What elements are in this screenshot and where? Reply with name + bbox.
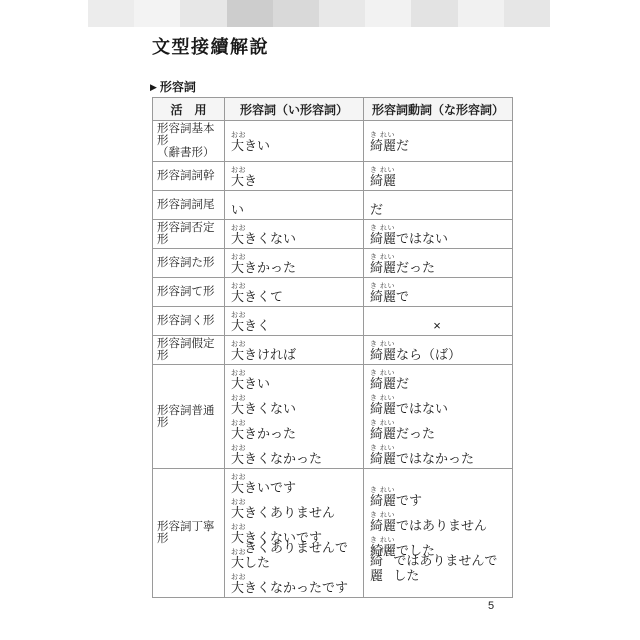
cell-line: い	[231, 192, 361, 217]
furigana: き れい	[370, 167, 395, 174]
table-row: 形容詞た形おお大きかったき れい綺麗だった	[153, 249, 513, 278]
row-label-line: 形容詞た形	[157, 257, 222, 269]
band-square	[504, 0, 550, 27]
ruby-base: おお大	[231, 505, 244, 520]
conjugation-table-body: 形容詞基本形（辭書形）おお大きいき れい綺麗だ形容詞詞幹おお大きき れい綺麗形容…	[153, 121, 513, 598]
ruby-base: おお大	[231, 173, 244, 188]
furigana: き れい	[370, 537, 395, 544]
cell-line: おお大きくなかった	[231, 441, 361, 466]
furigana: おお	[231, 132, 246, 139]
ruby-base: おお大	[231, 138, 244, 153]
triangle-marker-icon: ▶	[150, 81, 157, 93]
i-adjective-cell: おお大きく	[225, 307, 364, 336]
furigana: おお	[231, 524, 246, 531]
ruby-base: おお大	[231, 555, 244, 570]
cell-line: ×	[370, 308, 510, 333]
table-row: 形容詞假定形おお大きければき れい綺麗なら（ば）	[153, 336, 513, 365]
na-adjective-cell: き れい綺麗で	[364, 278, 513, 307]
furigana: おお	[231, 225, 246, 232]
i-adjective-cell: おお大きくない	[225, 220, 364, 249]
na-adjective-cell: き れい綺麗だき れい綺麗ではないき れい綺麗だったき れい綺麗ではなかった	[364, 365, 513, 469]
band-square	[365, 0, 411, 27]
furigana: き れい	[370, 395, 395, 402]
ruby-base: き れい綺麗	[370, 493, 396, 508]
ruby-base: おお大	[231, 376, 244, 391]
cell-line: おお大きくなかったです	[231, 570, 361, 595]
cell-line: おお大きいです	[231, 470, 361, 495]
band-square	[273, 0, 319, 27]
cell-line: おお大き	[231, 163, 361, 188]
table-row: 形容詞普通形おお大きいおお大きくないおお大きかったおお大きくなかったき れい綺麗…	[153, 365, 513, 469]
page-number: 5	[488, 600, 494, 612]
cell-line: き れい綺麗	[370, 163, 510, 188]
furigana: き れい	[370, 283, 395, 290]
table-header-row: 活 用形容詞（い形容詞）形容詞動詞（な形容詞）	[153, 98, 513, 121]
ruby-base: き れい綺麗	[370, 376, 396, 391]
row-label-cell: 形容詞詞幹	[153, 162, 225, 191]
i-adjective-cell: おお大き	[225, 162, 364, 191]
band-square	[411, 0, 457, 27]
band-square	[180, 0, 226, 27]
cell-line: おお大きい	[231, 366, 361, 391]
cell-line: おお大きくて	[231, 279, 361, 304]
row-label-cell: 形容詞丁寧形	[153, 469, 225, 598]
ruby-base: き れい綺麗	[370, 347, 396, 362]
cell-line: き れい綺麗だった	[370, 250, 510, 275]
cell-line: き れい綺麗ではありませんでした	[370, 558, 510, 583]
i-adjective-cell: おお大きかった	[225, 249, 364, 278]
i-adjective-cell: おお大きければ	[225, 336, 364, 365]
cell-line: おお大きくありません	[231, 495, 361, 520]
column-header: 形容詞動詞（な形容詞）	[364, 98, 513, 121]
ruby-base: き れい綺麗	[370, 553, 393, 583]
table-row: 形容詞否定形おお大きくないき れい綺麗ではない	[153, 220, 513, 249]
na-adjective-cell: き れい綺麗ではない	[364, 220, 513, 249]
cell-line: おお大きい	[231, 128, 361, 153]
column-header: 形容詞（い形容詞）	[225, 98, 364, 121]
furigana: き れい	[370, 512, 395, 519]
page-title: 文型接續解說	[152, 33, 269, 59]
ruby-base: き れい綺麗	[370, 173, 396, 188]
row-label-line: 形容詞詞尾	[157, 199, 222, 211]
furigana: おお	[231, 474, 246, 481]
na-adjective-cell: き れい綺麗なら（ば）	[364, 336, 513, 365]
cell-line: き れい綺麗ではない	[370, 391, 510, 416]
cell-line: き れい綺麗です	[370, 483, 510, 508]
ruby-base: き れい綺麗	[370, 138, 396, 153]
i-adjective-cell: おお大きいですおお大きくありませんおお大きくないですおお大きくありませんでしたお…	[225, 469, 364, 598]
ruby-base: おお大	[231, 289, 244, 304]
band-square	[458, 0, 504, 27]
ruby-base: き れい綺麗	[370, 401, 396, 416]
i-adjective-cell: おお大きいおお大きくないおお大きかったおお大きくなかった	[225, 365, 364, 469]
row-label-line: 形容詞丁寧形	[157, 521, 222, 545]
cell-line: おお大きく	[231, 308, 361, 333]
cell-line: おお大きくない	[231, 391, 361, 416]
cell-line: き れい綺麗だった	[370, 416, 510, 441]
na-adjective-cell: ×	[364, 307, 513, 336]
furigana: き れい	[370, 370, 395, 377]
column-header: 活 用	[153, 98, 225, 121]
cell-line: き れい綺麗ではない	[370, 221, 510, 246]
cell-line: おお大きくありませんでした	[231, 545, 361, 570]
row-label-line: 形容詞詞幹	[157, 170, 222, 182]
cell-line: おお大きければ	[231, 337, 361, 362]
furigana: おお	[231, 574, 246, 581]
ruby-base: き れい綺麗	[370, 518, 396, 533]
na-adjective-cell: き れい綺麗だ	[364, 121, 513, 162]
table-row: 形容詞く形おお大きく×	[153, 307, 513, 336]
cell-line: だ	[370, 192, 510, 217]
ruby-base: おお大	[231, 260, 244, 275]
ruby-base: おお大	[231, 231, 244, 246]
furigana: き れい	[370, 225, 395, 232]
row-label-cell: 形容詞普通形	[153, 365, 225, 469]
row-label-line: 形容詞否定形	[157, 222, 222, 246]
ruby-base: おお大	[231, 580, 244, 595]
ruby-base: き れい綺麗	[370, 260, 396, 275]
na-adjective-cell: だ	[364, 191, 513, 220]
furigana: おお	[231, 341, 246, 348]
row-label-cell: 形容詞詞尾	[153, 191, 225, 220]
furigana: き れい	[370, 132, 395, 139]
row-label-line: 形容詞て形	[157, 286, 222, 298]
i-adjective-cell: おお大きい	[225, 121, 364, 162]
cell-line: き れい綺麗ではありません	[370, 508, 510, 533]
i-adjective-cell: い	[225, 191, 364, 220]
furigana: き れい	[370, 254, 395, 261]
furigana: おお	[231, 445, 246, 452]
furigana: おお	[231, 167, 246, 174]
band-square	[319, 0, 365, 27]
na-adjective-cell: き れい綺麗	[364, 162, 513, 191]
i-adjective-cell: おお大きくて	[225, 278, 364, 307]
furigana: き れい	[370, 341, 395, 348]
ruby-base: おお大	[231, 480, 244, 495]
furigana: おお	[231, 395, 246, 402]
row-label-cell: 形容詞基本形（辭書形）	[153, 121, 225, 162]
furigana: おお	[231, 312, 246, 319]
ruby-base: き れい綺麗	[370, 451, 396, 466]
furigana: き れい	[370, 547, 395, 554]
ruby-base: おお大	[231, 347, 244, 362]
table-row: 形容詞基本形（辭書形）おお大きいき れい綺麗だ	[153, 121, 513, 162]
band-square	[227, 0, 273, 27]
furigana: おお	[231, 420, 246, 427]
row-label-cell: 形容詞た形	[153, 249, 225, 278]
furigana: おお	[231, 370, 246, 377]
ruby-base: おお大	[231, 401, 244, 416]
cell-line: き れい綺麗ではなかった	[370, 441, 510, 466]
furigana: おお	[231, 549, 246, 556]
band-square	[88, 0, 134, 27]
band-square	[134, 0, 180, 27]
ruby-base: き れい綺麗	[370, 426, 396, 441]
row-label-line: （辭書形）	[157, 147, 222, 159]
cell-line: おお大きかった	[231, 250, 361, 275]
row-label-line: 形容詞假定形	[157, 338, 222, 362]
ruby-base: き れい綺麗	[370, 289, 396, 304]
row-label-line: 形容詞普通形	[157, 405, 222, 429]
row-label-line: 形容詞く形	[157, 315, 222, 327]
cell-line: き れい綺麗だ	[370, 128, 510, 153]
table-row: 形容詞て形おお大きくてき れい綺麗で	[153, 278, 513, 307]
furigana: おお	[231, 254, 246, 261]
cell-line: き れい綺麗だ	[370, 366, 510, 391]
ruby-base: おお大	[231, 318, 244, 333]
decor-checker-band	[88, 0, 550, 27]
na-adjective-cell: き れい綺麗ですき れい綺麗ではありませんき れい綺麗でしたき れい綺麗ではあり…	[364, 469, 513, 598]
table-row: 形容詞丁寧形おお大きいですおお大きくありませんおお大きくないですおお大きくありま…	[153, 469, 513, 598]
section-heading: ▶ 形容詞	[150, 78, 196, 95]
ruby-base: き れい綺麗	[370, 231, 396, 246]
ruby-base: おお大	[231, 451, 244, 466]
row-label-cell: 形容詞く形	[153, 307, 225, 336]
cell-line: き れい綺麗で	[370, 279, 510, 304]
row-label-cell: 形容詞否定形	[153, 220, 225, 249]
row-label-cell: 形容詞假定形	[153, 336, 225, 365]
na-adjective-cell: き れい綺麗だった	[364, 249, 513, 278]
furigana: おお	[231, 283, 246, 290]
row-label-line: 形容詞基本形	[157, 123, 222, 147]
cell-line: き れい綺麗なら（ば）	[370, 337, 510, 362]
furigana: き れい	[370, 445, 395, 452]
furigana: おお	[231, 499, 246, 506]
furigana: き れい	[370, 420, 395, 427]
section-title: 形容詞	[160, 78, 196, 95]
furigana: き れい	[370, 487, 395, 494]
cell-line: おお大きかった	[231, 416, 361, 441]
conjugation-table: 活 用形容詞（い形容詞）形容詞動詞（な形容詞） 形容詞基本形（辭書形）おお大きい…	[152, 97, 513, 598]
table-row: 形容詞詞幹おお大きき れい綺麗	[153, 162, 513, 191]
row-label-cell: 形容詞て形	[153, 278, 225, 307]
cell-line: おお大きくない	[231, 221, 361, 246]
ruby-base: おお大	[231, 530, 244, 545]
table-row: 形容詞詞尾いだ	[153, 191, 513, 220]
ruby-base: おお大	[231, 426, 244, 441]
